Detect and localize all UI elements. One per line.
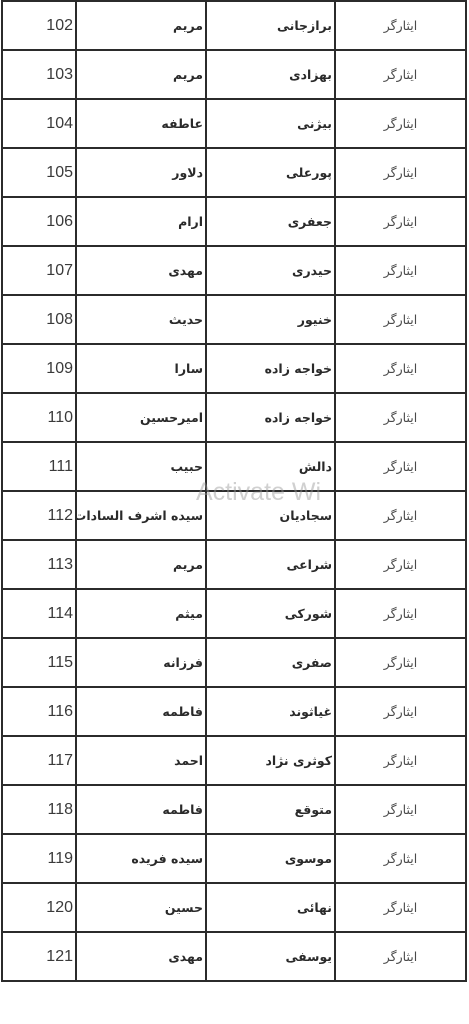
cell-last-name[interactable]: دالش xyxy=(206,442,335,491)
cell-first-name[interactable]: حبیب xyxy=(76,442,206,491)
cell-category[interactable]: ایثارگر xyxy=(335,393,466,442)
cell-last-name[interactable]: پورعلی xyxy=(206,148,335,197)
cell-id[interactable]: 111 xyxy=(2,442,76,491)
cell-last-name[interactable]: برازجانی xyxy=(206,1,335,50)
cell-first-name[interactable]: سارا xyxy=(76,344,206,393)
cell-category[interactable]: ایثارگر xyxy=(335,197,466,246)
table-body: 102 مریم برازجانی ایثارگر 103 مریم بهزاد… xyxy=(2,1,466,981)
cell-last-name[interactable]: خنیور xyxy=(206,295,335,344)
cell-last-name[interactable]: خواجه زاده xyxy=(206,393,335,442)
table-row: 113 مریم شراعی ایثارگر xyxy=(2,540,466,589)
table-row: 103 مریم بهزادی ایثارگر xyxy=(2,50,466,99)
cell-last-name[interactable]: موسوی xyxy=(206,834,335,883)
cell-first-name[interactable]: مریم xyxy=(76,1,206,50)
cell-category[interactable]: ایثارگر xyxy=(335,50,466,99)
table-row: 120 حسین نهائی ایثارگر xyxy=(2,883,466,932)
cell-id[interactable]: 105 xyxy=(2,148,76,197)
cell-first-name[interactable]: عاطفه xyxy=(76,99,206,148)
cell-last-name[interactable]: متوقع xyxy=(206,785,335,834)
table-row: 114 میثم شورکی ایثارگر xyxy=(2,589,466,638)
cell-first-name[interactable]: مریم xyxy=(76,540,206,589)
cell-last-name[interactable]: بیژنی xyxy=(206,99,335,148)
cell-last-name[interactable]: حیدری xyxy=(206,246,335,295)
cell-last-name[interactable]: شراعی xyxy=(206,540,335,589)
cell-first-name[interactable]: حدیث xyxy=(76,295,206,344)
cell-id[interactable]: 107 xyxy=(2,246,76,295)
cell-category[interactable]: ایثارگر xyxy=(335,99,466,148)
cell-id[interactable]: 118 xyxy=(2,785,76,834)
cell-last-name[interactable]: غیاثوند xyxy=(206,687,335,736)
cell-last-name[interactable]: بهزادی xyxy=(206,50,335,99)
cell-first-name[interactable]: امیرحسین xyxy=(76,393,206,442)
cell-id[interactable]: 106 xyxy=(2,197,76,246)
cell-id[interactable]: 112 xyxy=(2,491,76,540)
cell-id[interactable]: 113 xyxy=(2,540,76,589)
table-row: 109 سارا خواجه زاده ایثارگر xyxy=(2,344,466,393)
cell-last-name[interactable]: صفری xyxy=(206,638,335,687)
table-row: 110 امیرحسین خواجه زاده ایثارگر xyxy=(2,393,466,442)
cell-first-name[interactable]: احمد xyxy=(76,736,206,785)
cell-category[interactable]: ایثارگر xyxy=(335,148,466,197)
cell-last-name[interactable]: شورکی xyxy=(206,589,335,638)
cell-category[interactable]: ایثارگر xyxy=(335,736,466,785)
cell-first-name[interactable]: فرزانه xyxy=(76,638,206,687)
cell-id[interactable]: 120 xyxy=(2,883,76,932)
cell-last-name[interactable]: سجادیان xyxy=(206,491,335,540)
cell-category[interactable]: ایثارگر xyxy=(335,883,466,932)
cell-category[interactable]: ایثارگر xyxy=(335,442,466,491)
cell-category[interactable]: ایثارگر xyxy=(335,295,466,344)
cell-category[interactable]: ایثارگر xyxy=(335,246,466,295)
cell-category[interactable]: ایثارگر xyxy=(335,1,466,50)
cell-category[interactable]: ایثارگر xyxy=(335,344,466,393)
table-row: 106 ارام جعفری ایثارگر xyxy=(2,197,466,246)
cell-id[interactable]: 110 xyxy=(2,393,76,442)
table-row: 108 حدیث خنیور ایثارگر xyxy=(2,295,466,344)
table-row: 111 حبیب دالش ایثارگر xyxy=(2,442,466,491)
cell-last-name[interactable]: یوسفی xyxy=(206,932,335,981)
cell-first-name[interactable]: فاطمه xyxy=(76,785,206,834)
cell-id[interactable]: 117 xyxy=(2,736,76,785)
table-row: 118 فاطمه متوقع ایثارگر xyxy=(2,785,466,834)
cell-last-name[interactable]: خواجه زاده xyxy=(206,344,335,393)
table-row: 105 دلاور پورعلی ایثارگر xyxy=(2,148,466,197)
cell-category[interactable]: ایثارگر xyxy=(335,589,466,638)
cell-last-name[interactable]: نهائی xyxy=(206,883,335,932)
cell-id[interactable]: 102 xyxy=(2,1,76,50)
table-row: 115 فرزانه صفری ایثارگر xyxy=(2,638,466,687)
table-row: 116 فاطمه غیاثوند ایثارگر xyxy=(2,687,466,736)
cell-category[interactable]: ایثارگر xyxy=(335,540,466,589)
cell-category[interactable]: ایثارگر xyxy=(335,932,466,981)
spreadsheet: 102 مریم برازجانی ایثارگر 103 مریم بهزاد… xyxy=(1,0,467,982)
cell-category[interactable]: ایثارگر xyxy=(335,491,466,540)
table-row: 117 احمد کوثری نژاد ایثارگر xyxy=(2,736,466,785)
cell-last-name[interactable]: کوثری نژاد xyxy=(206,736,335,785)
cell-first-name[interactable]: حسین xyxy=(76,883,206,932)
table-row: 121 مهدی یوسفی ایثارگر xyxy=(2,932,466,981)
cell-id[interactable]: 114 xyxy=(2,589,76,638)
cell-first-name[interactable]: دلاور xyxy=(76,148,206,197)
cell-id[interactable]: 108 xyxy=(2,295,76,344)
cell-category[interactable]: ایثارگر xyxy=(335,785,466,834)
cell-id[interactable]: 104 xyxy=(2,99,76,148)
table-row: 102 مریم برازجانی ایثارگر xyxy=(2,1,466,50)
cell-last-name[interactable]: جعفری xyxy=(206,197,335,246)
cell-id[interactable]: 115 xyxy=(2,638,76,687)
table-row: 112 سیده اشرف السادات سجادیان ایثارگر xyxy=(2,491,466,540)
cell-id[interactable]: 116 xyxy=(2,687,76,736)
cell-first-name[interactable]: میثم xyxy=(76,589,206,638)
cell-category[interactable]: ایثارگر xyxy=(335,638,466,687)
cell-id[interactable]: 121 xyxy=(2,932,76,981)
cell-first-name[interactable]: ارام xyxy=(76,197,206,246)
cell-first-name[interactable]: مهدی xyxy=(76,932,206,981)
table-row: 104 عاطفه بیژنی ایثارگر xyxy=(2,99,466,148)
cell-first-name[interactable]: مهدی xyxy=(76,246,206,295)
cell-category[interactable]: ایثارگر xyxy=(335,687,466,736)
cell-first-name[interactable]: سیده فریده xyxy=(76,834,206,883)
cell-first-name[interactable]: مریم xyxy=(76,50,206,99)
cell-first-name[interactable]: فاطمه xyxy=(76,687,206,736)
records-table: 102 مریم برازجانی ایثارگر 103 مریم بهزاد… xyxy=(1,0,467,982)
cell-id[interactable]: 103 xyxy=(2,50,76,99)
table-row: 107 مهدی حیدری ایثارگر xyxy=(2,246,466,295)
cell-first-name[interactable]: سیده اشرف السادات xyxy=(76,491,206,540)
cell-id[interactable]: 119 xyxy=(2,834,76,883)
cell-category[interactable]: ایثارگر xyxy=(335,834,466,883)
table-row: 119 سیده فریده موسوی ایثارگر xyxy=(2,834,466,883)
cell-id[interactable]: 109 xyxy=(2,344,76,393)
